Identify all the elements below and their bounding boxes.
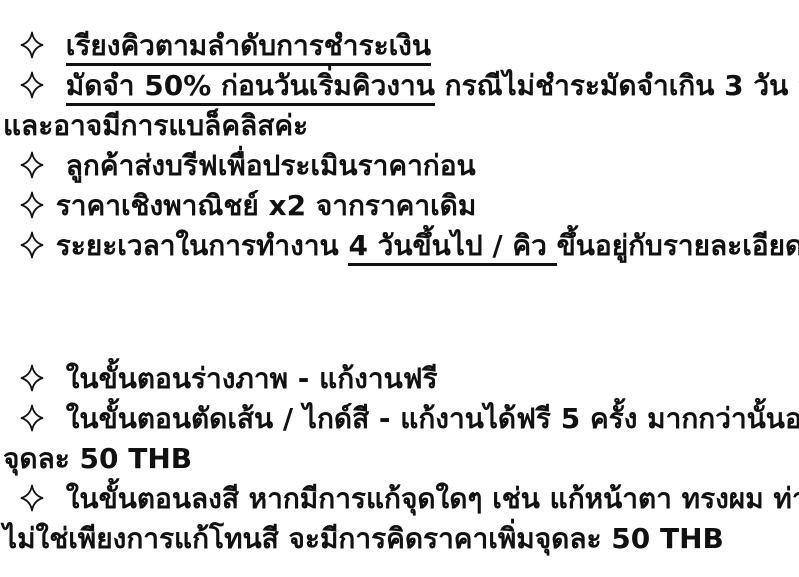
term-text: เรียงคิวตามลำดับการชำระเงิน bbox=[66, 29, 431, 66]
term-text: และอาจมีการแบล็คลิสค่ะ bbox=[3, 109, 308, 142]
four-pointed-star-icon bbox=[20, 191, 44, 219]
term-sketch-stage: ในขั้นตอนร่างภาพ - แก้งานฟรี bbox=[3, 359, 793, 399]
term-text: ในขั้นตอนลงสี หากมีการแก้จุดใดๆ เช่น แก้… bbox=[66, 482, 799, 515]
term-brief-first: ลูกค้าส่งบรีฟเพื่อประเมินราคาก่อน bbox=[3, 146, 793, 186]
term-text: ราคาเชิงพาณิชย์ x2 จากราคาเดิม bbox=[56, 189, 477, 222]
four-pointed-star-icon bbox=[20, 71, 44, 99]
term-text: จุดละ 50 THB bbox=[3, 442, 192, 475]
term-queue-order: เรียงคิวตามลำดับการชำระเงิน bbox=[3, 26, 793, 66]
term-text: กรณีไม่ชำระมัดจำเกิน 3 วัน จะถือว่ายกเลิ… bbox=[435, 69, 799, 102]
term-duration: ระยะเวลาในการทำงาน 4 วันขึ้นไป / คิว ขึ้… bbox=[3, 226, 793, 266]
four-pointed-star-icon bbox=[20, 364, 44, 392]
four-pointed-star-icon bbox=[20, 151, 44, 179]
commission-terms-document: เรียงคิวตามลำดับการชำระเงิน มัดจำ 50% ก่… bbox=[0, 0, 799, 559]
term-text: ขึ้นอยู่กับรายละเอียดงาน bbox=[557, 229, 799, 262]
four-pointed-star-icon bbox=[20, 231, 44, 259]
term-text: ในขั้นตอนตัดเส้น / ไกด์สี - แก้งานได้ฟรี… bbox=[66, 402, 799, 435]
term-coloring-stage: ในขั้นตอนลงสี หากมีการแก้จุดใดๆ เช่น แก้… bbox=[3, 479, 793, 519]
term-deposit: มัดจำ 50% ก่อนวันเริ่มคิวงาน กรณีไม่ชำระ… bbox=[3, 66, 793, 106]
term-lineart-stage: ในขั้นตอนตัดเส้น / ไกด์สี - แก้งานได้ฟรี… bbox=[3, 399, 793, 439]
four-pointed-star-icon bbox=[20, 404, 44, 432]
four-pointed-star-icon bbox=[20, 484, 44, 512]
term-text: ระยะเวลาในการทำงาน bbox=[56, 229, 349, 262]
four-pointed-star-icon bbox=[20, 31, 44, 59]
term-coloring-stage-continued: ไม่ใช่เพียงการแก้โทนสี จะมีการคิดราคาเพิ… bbox=[3, 519, 793, 559]
term-text: ไม่ใช่เพียงการแก้โทนสี จะมีการคิดราคาเพิ… bbox=[3, 522, 724, 555]
term-text: ในขั้นตอนร่างภาพ - แก้งานฟรี bbox=[66, 362, 438, 395]
term-text: 4 วันขึ้นไป / คิว bbox=[348, 229, 556, 266]
term-text: มัดจำ 50% ก่อนวันเริ่มคิวงาน bbox=[66, 69, 435, 106]
term-deposit-continued: และอาจมีการแบล็คลิสค่ะ bbox=[3, 106, 793, 146]
term-commercial-price: ราคาเชิงพาณิชย์ x2 จากราคาเดิม bbox=[3, 186, 793, 226]
section-gap bbox=[3, 266, 793, 359]
term-lineart-stage-continued: จุดละ 50 THB bbox=[3, 439, 793, 479]
term-text: ลูกค้าส่งบรีฟเพื่อประเมินราคาก่อน bbox=[66, 149, 476, 182]
